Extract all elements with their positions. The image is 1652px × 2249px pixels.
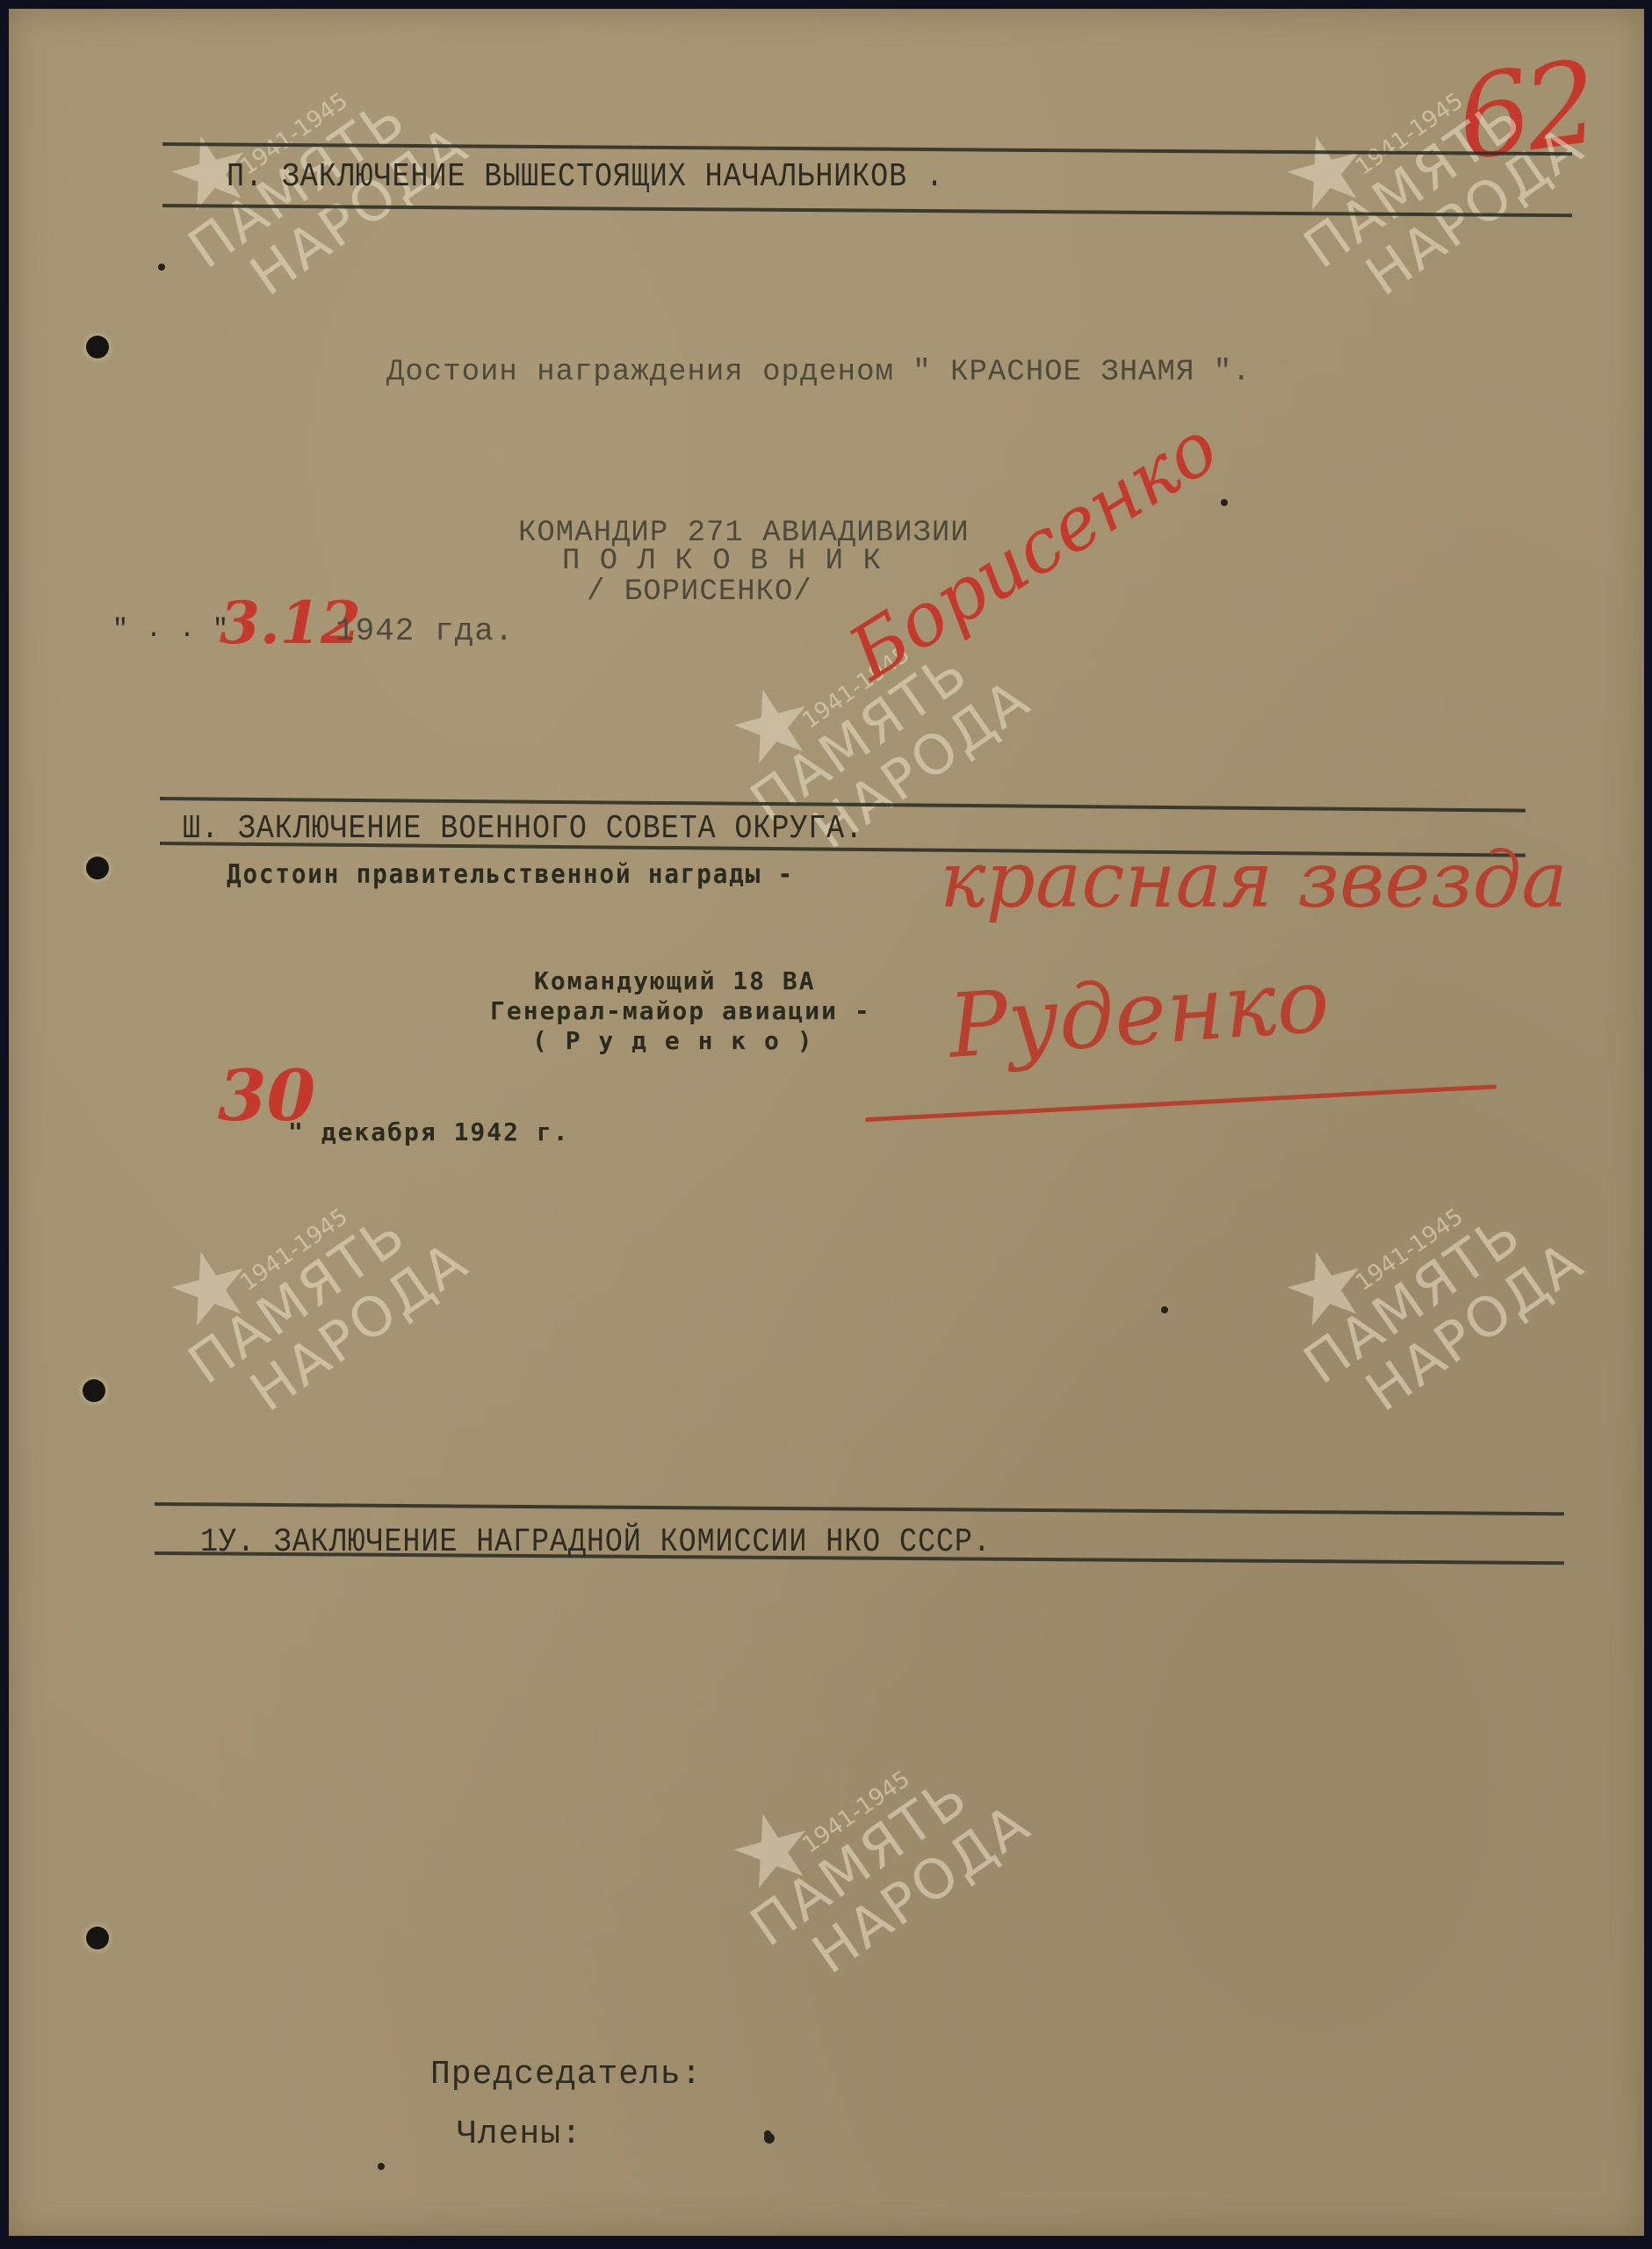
section3-signer-title: Командующий 18 ВА <box>534 966 816 995</box>
ink-speck <box>378 2163 385 2170</box>
punch-hole <box>86 336 109 358</box>
star-icon: ★ <box>718 667 826 783</box>
punch-hole <box>83 1379 105 1402</box>
section2-heading: П. ЗАКЛЮЧЕНИЕ ВЫШЕСТОЯЩИХ НАЧАЛЬНИКОВ . <box>227 158 944 196</box>
watermark: ★ 1941-1945 ПАМЯТЬ НАРОДА <box>703 1801 1019 2117</box>
members-label: Члены: <box>457 2115 582 2153</box>
section3-verdict-handwritten: красная звезда <box>940 835 1568 925</box>
section-rule <box>162 142 1572 155</box>
section2-signature: Борисенко <box>834 403 1232 697</box>
section2-signer-rank: П О Л К О В Н И К <box>562 545 882 578</box>
star-icon: ★ <box>1271 1229 1380 1345</box>
chairman-label: Председатель: <box>430 2056 702 2094</box>
section-rule <box>155 1502 1564 1515</box>
section3-date-suffix: " декабря 1942 г. <box>288 1117 570 1146</box>
section2-signer-name: / БОРИСЕНКО/ <box>587 575 812 609</box>
ink-speck <box>1221 499 1228 506</box>
section-rule <box>162 204 1572 217</box>
section3-signer-rank: Генерал-майор авиации - <box>490 996 871 1025</box>
star-icon: ★ <box>718 1791 826 1907</box>
section3-signature: Руденко <box>945 949 1332 1078</box>
section3-signature-underline <box>865 1084 1497 1122</box>
section2-date-suffix: 1942 гда. <box>335 613 514 649</box>
section3-verdict-typed: Достоин правительственной награды - <box>227 859 794 890</box>
page-number: 62 <box>1449 35 1601 186</box>
section2-date-prefix: " . . " <box>112 615 229 645</box>
section3-signer-name: ( Р у д е н к о ) <box>532 1026 814 1055</box>
punch-hole <box>86 1927 109 1949</box>
punch-hole <box>86 857 109 879</box>
star-icon: ★ <box>155 1229 264 1345</box>
ink-speck <box>1161 1306 1168 1313</box>
ink-speck <box>764 2133 775 2144</box>
section2-verdict: Достоин награждения орденом " КРАСНОЕ ЗН… <box>386 356 1252 389</box>
watermark: ★ 1941-1945 ПАМЯТЬ НАРОДА <box>1256 1239 1572 1555</box>
document-page: 62 ★ 1941-1945 ПАМЯТЬ НАРОДА ★ 1941-1945… <box>9 9 1644 2236</box>
ink-speck <box>158 264 165 271</box>
